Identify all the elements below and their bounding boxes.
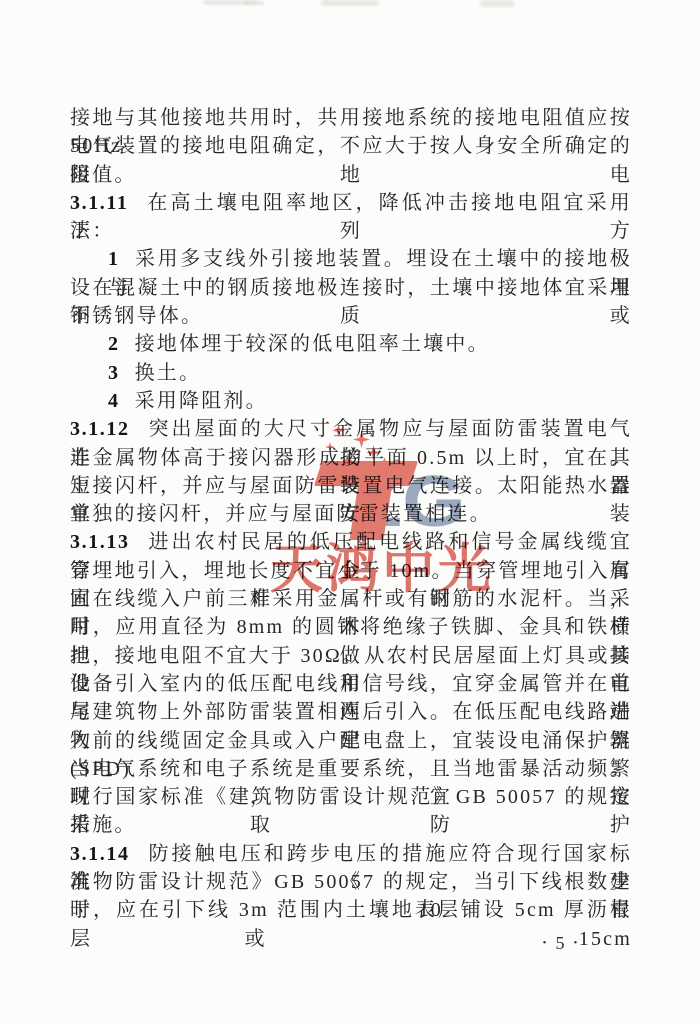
- clause-number: 3.1.14: [70, 843, 130, 865]
- text-block: 接地与其他接地共用时，共用接地系统的接地电阻值应按 50Hz 电气装置的接地电阻…: [70, 104, 632, 925]
- text-line: 管埋地引入，埋地长度不宜小于 10m。当穿管埋地引入有困难时，: [70, 557, 632, 585]
- list-number: 2: [108, 333, 120, 355]
- list-number: 3: [108, 362, 120, 384]
- page-number: •5•: [508, 933, 612, 954]
- page-number-value: 5: [556, 933, 565, 953]
- text-line-clause-3-1-13: 3.1.13进出农村民居的低压配电线路和信号金属线缆宜穿金属: [70, 528, 632, 556]
- text-line-clause-3-1-14: 3.1.14防接触电压和跨步电压的措施应符合现行国家标准《建: [70, 840, 632, 868]
- text-line: 非金属物体高于接闪器形成的平面 0.5m 以上时，宜在其上设置: [70, 444, 632, 472]
- text-line: 设在混凝土中的钢质接地极连接时，土壤中接地体宜采用铜质或: [70, 274, 632, 302]
- page-number-dot: •: [543, 937, 547, 949]
- text-line: 时，应在引下线 3m 范围内土壤地表层铺设 5cm 厚沥青层或 15cm: [70, 896, 632, 924]
- text-line: 宜在线缆入户前三杆采用金属杆或有钢筋的水泥杆。当采用木杆: [70, 585, 632, 613]
- text-line-clause-3-1-11: 3.1.11在高土壤电阻率地区，降低冲击接地电阻宜采用下列方: [70, 189, 632, 217]
- clause-number: 3.1.12: [70, 418, 130, 440]
- text-line-clause-3-1-12: 3.1.12突出屋面的大尺寸金属物应与屋面防雷装置电气连接。: [70, 415, 632, 443]
- scan-artifact: [244, 1, 264, 5]
- list-item-line: 3换土。: [70, 359, 632, 387]
- list-item-line: 4采用降阻剂。: [70, 387, 632, 415]
- text-line: 筑物防雷设计规范》GB 50057 的规定，当引下线根数少于 10 根: [70, 868, 632, 896]
- text-line: 与建筑物上外部防雷装置相连后引入。在低压配电线路进入建筑: [70, 698, 632, 726]
- text-line: 电气装置的接地电阻确定，不应大于按人身安全所确定的接地电: [70, 132, 632, 160]
- clause-number: 3.1.11: [70, 192, 129, 214]
- text-line: 短接闪杆，并应与屋面防雷装置电气连接。太阳能热水器宜安装: [70, 472, 632, 500]
- list-number: 4: [108, 390, 120, 412]
- text-line: 设备引入室内的低压配电线和信号线，宜穿金属管并在首尾两端: [70, 670, 632, 698]
- text-line: 当电气系统和电子系统是重要系统，且当地雷暴活动频繁时，宜按: [70, 755, 632, 783]
- list-item-line: 1采用多支线外引接地装置。埋设在土壤中的接地极与埋: [70, 245, 632, 273]
- page-number-dot: •: [574, 937, 578, 949]
- text-line: 接地与其他接地共用时，共用接地系统的接地电阻值应按 50Hz: [70, 104, 632, 132]
- list-number: 1: [108, 248, 120, 270]
- text-line: 现行国家标准《建筑物防雷设计规范》GB 50057 的规定采取防护: [70, 783, 632, 811]
- text-line: 时，应用直径为 8mm 的圆钢将绝缘子铁脚、金具和铁横担做接: [70, 613, 632, 641]
- clause-number: 3.1.13: [70, 531, 130, 553]
- scan-artifact: [480, 0, 514, 7]
- scanned-document-page: 接地与其他接地共用时，共用接地系统的接地电阻值应按 50Hz 电气装置的接地电阻…: [0, 0, 700, 1024]
- text-line: 地，接地电阻不宜大于 30Ω。从农村民居屋面上灯具或其他用电: [70, 642, 632, 670]
- list-item-line: 2接地体埋于较深的低电阻率土壤中。: [70, 330, 632, 358]
- text-line: 物前的线缆固定金具或入户配电盘上，宜装设电涌保护器(SPD)。: [70, 727, 632, 755]
- scan-artifact: [321, 0, 379, 6]
